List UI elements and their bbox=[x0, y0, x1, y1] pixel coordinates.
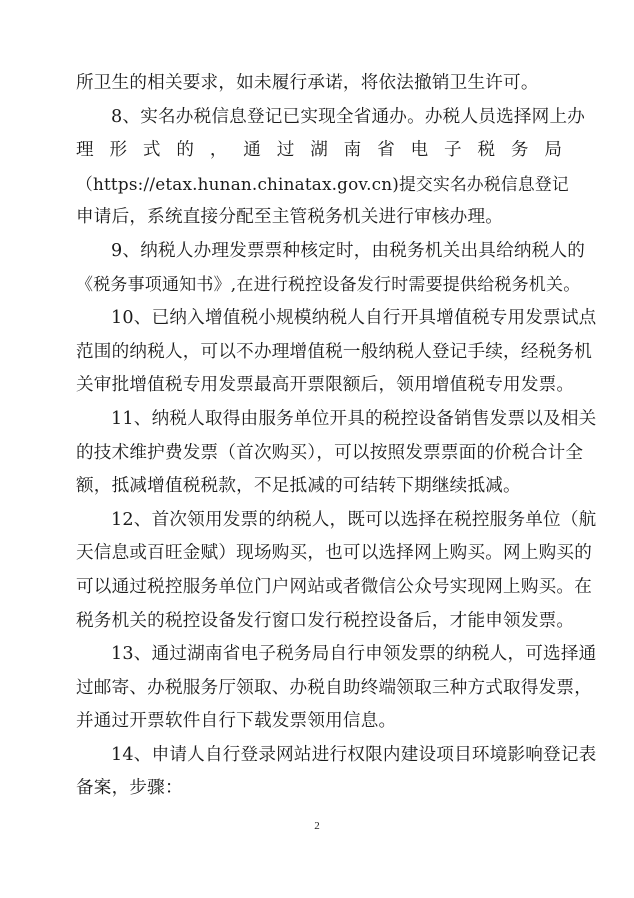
text-line: 并通过开票软件自行下载发票领用信息。 bbox=[76, 704, 562, 738]
page-number: 2 bbox=[0, 820, 634, 832]
text-line: 《税务事项通知书》,在进行税控设备发行时需要提供给税务机关。 bbox=[76, 268, 562, 302]
text-line: （https://etax.hunan.chinatax.gov.cn)提交实名… bbox=[76, 167, 562, 201]
text-line: 8、实名办税信息登记已实现全省通办。办税人员选择网上办 bbox=[111, 100, 562, 134]
text-line: 12、首次领用发票的纳税人，既可以选择在税控服务单位（航 bbox=[111, 503, 562, 537]
text-line: 9、纳税人办理发票票种核定时，由税务机关出具给纳税人的 bbox=[111, 234, 562, 268]
text-line: 理形式的，通过湖南省电子税务局 bbox=[76, 133, 562, 167]
text-line: 申请后，系统直接分配至主管税务机关进行审核办理。 bbox=[76, 200, 562, 234]
text-line: 的技术维护费发票（首次购买），可以按照发票票面的价税合计全 bbox=[76, 436, 562, 470]
text-line: 范围的纳税人，可以不办理增值税一般纳税人登记手续，经税务机 bbox=[76, 335, 562, 369]
text-line: 备案，步骤： bbox=[76, 771, 562, 805]
text-line: 所卫生的相关要求，如未履行承诺，将依法撤销卫生许可。 bbox=[76, 66, 562, 100]
text-line: 14、申请人自行登录网站进行权限内建设项目环境影响登记表 bbox=[111, 738, 562, 772]
text-line: 税务机关的税控设备发行窗口发行税控设备后，才能申领发票。 bbox=[76, 604, 562, 638]
text-line: 关审批增值税专用发票最高开票限额后，领用增值税专用发票。 bbox=[76, 368, 562, 402]
text-line: 天信息或百旺金赋）现场购买，也可以选择网上购买。网上购买的 bbox=[76, 536, 562, 570]
text-line: 10、已纳入增值税小规模纳税人自行开具增值税专用发票试点 bbox=[111, 301, 562, 335]
text-line: 额，抵减增值税税款，不足抵减的可结转下期继续抵减。 bbox=[76, 469, 562, 503]
text-line: 11、纳税人取得由服务单位开具的税控设备销售发票以及相关 bbox=[111, 402, 562, 436]
text-line: 可以通过税控服务单位门户网站或者微信公众号实现网上购买。在 bbox=[76, 570, 562, 604]
text-line: 13、通过湖南省电子税务局自行申领发票的纳税人，可选择通 bbox=[111, 637, 562, 671]
document-page: 所卫生的相关要求，如未履行承诺，将依法撤销卫生许可。 8、实名办税信息登记已实现… bbox=[0, 0, 634, 898]
text-line: 过邮寄、办税服务厅领取、办税自助终端领取三种方式取得发票， bbox=[76, 671, 562, 705]
